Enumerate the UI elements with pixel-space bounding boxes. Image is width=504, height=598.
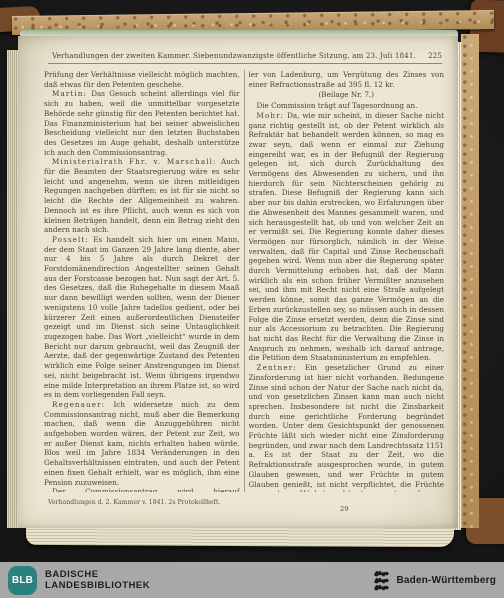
speaker-name: Zentner: <box>257 363 297 372</box>
paragraph-text: ler von Ladenburg, um Vergütung des Zins… <box>249 70 445 89</box>
sheet-signature: 29 <box>340 505 348 513</box>
blb-logo: BLB <box>8 566 37 595</box>
book-page: Verhandlungen der zweiten Kammer. Sieben… <box>18 36 458 528</box>
paragraph: Prüfung der Verhältnisse vielleicht mögl… <box>44 70 240 89</box>
paragraph-text: Ich widersetze mich zu dem Commissionsan… <box>44 400 240 487</box>
library-name-line2: LANDESBIBLIOTHEK <box>45 580 150 591</box>
page-header-title: Verhandlungen der zweiten Kammer. Sieben… <box>48 51 420 60</box>
book-cover-marbled-right-edge <box>461 34 479 528</box>
text-columns: Prüfung der Verhältnisse vielleicht mögl… <box>44 70 444 492</box>
coat-of-arms-icon <box>374 570 390 591</box>
library-footer: BLB BADISCHE LANDESBIBLIOTHEK Baden-Würt… <box>0 562 504 598</box>
paragraph-text: Es handelt sich hier um einen Mann, der … <box>44 235 240 399</box>
speaker-name: Mohr: <box>257 111 285 120</box>
column-divider-rule <box>244 70 245 492</box>
attachment-reference: (Beilage Nr. 7.) <box>249 90 445 100</box>
paragraph: Posselt: Es handelt sich hier um einen M… <box>44 235 240 400</box>
volume-footnote: Verhandlungen d. 2. Kammer v. 1841. 2s P… <box>48 499 220 506</box>
page-number: 225 <box>428 51 442 60</box>
scan-background: Verhandlungen der zweiten Kammer. Sieben… <box>0 0 504 598</box>
page-header: Verhandlungen der zweiten Kammer. Sieben… <box>48 51 442 64</box>
paragraph: Mohr: Da, wie mir scheint, in dieser Sac… <box>249 111 445 363</box>
speaker-name: Posselt: <box>52 235 89 244</box>
blb-logo-text: BLB <box>12 575 33 586</box>
library-name-line1: BADISCHE <box>45 569 150 580</box>
paragraph: Zentner: Ein gesetzlicher Grund zu einer… <box>249 363 445 492</box>
paragraph-text: Der Commissionsantrag wird hierauf angen… <box>44 487 240 492</box>
paragraph: Ministerialrath Fhr. v. Marschall: Auch … <box>44 157 240 235</box>
speaker-name: Regenauer: <box>52 400 105 409</box>
paragraph: Der Commissionsantrag wird hierauf angen… <box>44 487 240 492</box>
text-column-left: Prüfung der Verhältnisse vielleicht mögl… <box>44 70 240 492</box>
paragraph: Martin: Das Gesuch scheint allerdings vi… <box>44 89 240 157</box>
paragraph: Regenauer: Ich widersetze mich zu dem Co… <box>44 400 240 487</box>
paragraph-text: Auch für die Beamten der Staatsregierung… <box>44 157 240 234</box>
speaker-name: Ministerialrath Fhr. v. Marschall: <box>52 157 217 166</box>
state-name: Baden-Württemberg <box>396 575 496 586</box>
page-stack-gutter-edge <box>7 50 18 528</box>
paragraph-text: Die Commission trägt auf Tagesordnung an… <box>257 101 418 110</box>
state-branding: Baden-Württemberg <box>374 570 496 591</box>
paragraph-text: Das Gesuch scheint allerdings viel für s… <box>44 89 240 156</box>
text-column-right: ler von Ladenburg, um Vergütung des Zins… <box>249 70 445 492</box>
paragraph: Die Commission trägt auf Tagesordnung an… <box>249 101 445 111</box>
library-name: BADISCHE LANDESBIBLIOTHEK <box>45 569 150 592</box>
speaker-name: Martin: <box>52 89 87 98</box>
paragraph-text: Prüfung der Verhältnisse vielleicht mögl… <box>44 70 240 89</box>
paragraph: ler von Ladenburg, um Vergütung des Zins… <box>249 70 445 89</box>
paragraph-text: Ein gesetzlicher Grund zu einer Zinsford… <box>249 363 445 492</box>
paragraph-text: Da, wie mir scheint, in dieser Sache nic… <box>249 111 445 363</box>
